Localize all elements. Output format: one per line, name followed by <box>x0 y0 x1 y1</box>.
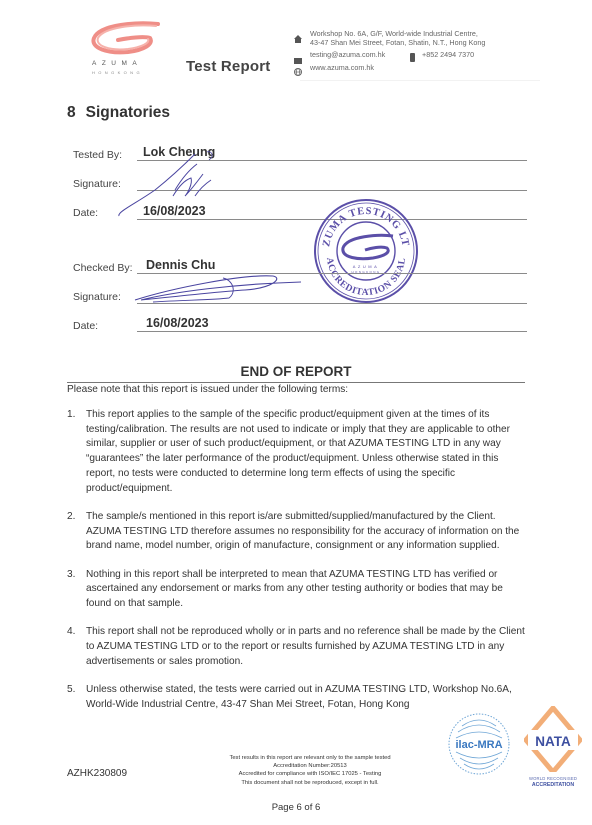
nata-subtitle: WORLD RECOGNISED <box>524 776 582 781</box>
section-title: Signatories <box>86 104 170 121</box>
checked-signature-label: Signature: <box>73 291 121 303</box>
address-line-1: Workshop No. 6A, G/F, World-wide Industr… <box>310 29 478 38</box>
term-item: 5. Unless otherwise stated, the tests we… <box>67 683 529 712</box>
footer-note: This document shall not be reproduced, e… <box>190 779 430 787</box>
ilac-text: ilac-MRA <box>455 739 502 751</box>
phone-number: +852 2494 7370 <box>422 50 474 59</box>
phone-icon <box>410 49 418 57</box>
term-item: 4. This report shall not be reproduced w… <box>67 625 529 669</box>
report-id: AZHK230809 <box>67 768 127 779</box>
term-item: 1. This report applies to the sample of … <box>67 408 529 496</box>
mail-icon <box>294 51 302 59</box>
nata-accreditation: ACCREDITATION <box>524 782 582 788</box>
nata-logo: NATA WORLD RECOGNISED ACCREDITATION <box>524 706 582 786</box>
end-of-report-divider <box>67 382 525 383</box>
accreditation-seal: AZUMA TESTING LTD ACCREDITATION SEAL AZU… <box>313 198 419 304</box>
ilac-mra-logo: ilac-MRA <box>444 712 514 776</box>
logo-region-text: HONGKONG <box>92 70 162 75</box>
term-text: This report applies to the sample of the… <box>86 408 529 496</box>
terms-intro: Please note that this report is issued u… <box>67 384 348 395</box>
azuma-logo <box>88 20 160 60</box>
footer-notes: Test results in this report are relevant… <box>190 754 430 787</box>
website-link[interactable]: www.azuma.com.hk <box>310 63 374 72</box>
term-text: Unless otherwise stated, the tests were … <box>86 683 529 712</box>
term-number: 4. <box>67 625 86 669</box>
svg-text:AZUMA: AZUMA <box>353 264 380 269</box>
page-number: Page 6 of 6 <box>0 802 592 813</box>
tested-signature-label: Signature: <box>73 178 121 190</box>
section-heading: 8Signatories <box>67 104 170 122</box>
globe-icon <box>294 63 302 71</box>
terms-list: 1. This report applies to the sample of … <box>67 408 529 726</box>
checked-signature-scribble <box>133 270 303 306</box>
end-of-report-heading: END OF REPORT <box>0 364 592 379</box>
address-line-2: 43-47 Shan Mei Street, Fotan, Shatin, N.… <box>310 38 485 47</box>
footer-note: Accredited for compliance with ISO/IEC 1… <box>190 770 430 778</box>
footer-note: Accreditation Number:20513 <box>190 762 430 770</box>
checked-date-value: 16/08/2023 <box>146 316 209 330</box>
footer-note: Test results in this report are relevant… <box>190 754 430 762</box>
term-text: Nothing in this report shall be interpre… <box>86 568 529 612</box>
section-number: 8 <box>67 104 76 121</box>
tested-date-label: Date: <box>73 207 98 219</box>
home-icon <box>294 30 302 38</box>
checked-date-label: Date: <box>73 320 98 332</box>
term-text: The sample/s mentioned in this report is… <box>86 510 529 554</box>
term-number: 2. <box>67 510 86 554</box>
term-number: 3. <box>67 568 86 612</box>
term-number: 5. <box>67 683 86 712</box>
term-text: This report shall not be reproduced whol… <box>86 625 529 669</box>
checked-by-label: Checked By: <box>73 262 133 274</box>
term-number: 1. <box>67 408 86 496</box>
header-divider <box>300 80 540 81</box>
report-title: Test Report <box>186 58 270 75</box>
tested-signature-scribble <box>115 150 225 220</box>
term-item: 3. Nothing in this report shall be inter… <box>67 568 529 612</box>
logo-brand-text: AZUMA <box>92 60 162 67</box>
email-link[interactable]: testing@azuma.com.hk <box>310 50 385 59</box>
term-item: 2. The sample/s mentioned in this report… <box>67 510 529 554</box>
nata-text: NATA <box>524 734 582 749</box>
checked-date-line <box>137 331 527 332</box>
